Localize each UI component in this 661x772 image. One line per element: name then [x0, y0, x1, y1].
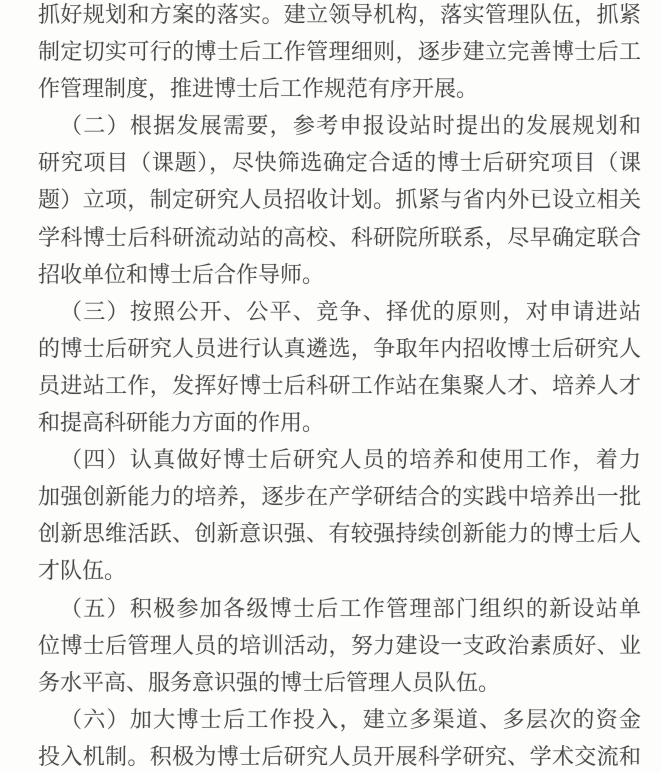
text-line: 研究项目（课题），尽快筛选确定合适的博士后研究项目（课	[38, 144, 641, 181]
text-line: 的博士后研究人员进行认真遴选，争取年内招收博士后研究人	[38, 330, 641, 367]
text-line: 投入机制。积极为博士后研究人员开展科学研究、学术交流和	[38, 738, 641, 772]
text-line: 抓好规划和方案的落实。建立领导机构，落实管理队伍，抓紧	[38, 0, 641, 33]
text-line: 加强创新能力的培养，逐步在产学研结合的实践中培养出一批	[38, 478, 641, 515]
paragraph: （五）积极参加各级博士后工作管理部门组织的新设站单位博士后管理人员的培训活动，努…	[38, 590, 641, 701]
paragraph: （二）根据发展需要，参考申报设站时提出的发展规划和研究项目（课题），尽快筛选确定…	[38, 107, 641, 292]
text-line: 创新思维活跃、创新意识强、有较强持续创新能力的博士后人	[38, 515, 641, 552]
document-text-block: 抓好规划和方案的落实。建立领导机构，落实管理队伍，抓紧制定切实可行的博士后工作管…	[38, 0, 641, 772]
document-page: 抓好规划和方案的落实。建立领导机构，落实管理队伍，抓紧制定切实可行的博士后工作管…	[0, 0, 661, 772]
text-line: 才队伍。	[38, 552, 641, 589]
text-line: 题）立项，制定研究人员招收计划。抓紧与省内外已设立相关	[38, 181, 641, 218]
text-line: 务水平高、服务意识强的博士后管理人员队伍。	[38, 664, 641, 701]
text-line: 位博士后管理人员的培训活动，努力建设一支政治素质好、业	[38, 627, 641, 664]
text-line: 招收单位和博士后合作导师。	[38, 256, 641, 293]
text-line: 学科博士后科研流动站的高校、科研院所联系，尽早确定联合	[38, 219, 641, 256]
text-line: 制定切实可行的博士后工作管理细则，逐步建立完善博士后工	[38, 33, 641, 70]
text-line: （六）加大博士后工作投入，建立多渠道、多层次的资金	[38, 701, 641, 738]
paragraph: 抓好规划和方案的落实。建立领导机构，落实管理队伍，抓紧制定切实可行的博士后工作管…	[38, 0, 641, 107]
text-line: 作管理制度，推进博士后工作规范有序开展。	[38, 70, 641, 107]
text-line: 和提高科研能力方面的作用。	[38, 404, 641, 441]
paragraph: （四）认真做好博士后研究人员的培养和使用工作，着力加强创新能力的培养，逐步在产学…	[38, 441, 641, 589]
text-line: 员进站工作，发挥好博士后科研工作站在集聚人才、培养人才	[38, 367, 641, 404]
paragraph: （六）加大博士后工作投入，建立多渠道、多层次的资金投入机制。积极为博士后研究人员…	[38, 701, 641, 772]
text-line: （四）认真做好博士后研究人员的培养和使用工作，着力	[38, 441, 641, 478]
paragraph: （三）按照公开、公平、竞争、择优的原则，对申请进站的博士后研究人员进行认真遴选，…	[38, 293, 641, 441]
text-line: （五）积极参加各级博士后工作管理部门组织的新设站单	[38, 590, 641, 627]
text-line: （三）按照公开、公平、竞争、择优的原则，对申请进站	[38, 293, 641, 330]
text-line: （二）根据发展需要，参考申报设站时提出的发展规划和	[38, 107, 641, 144]
